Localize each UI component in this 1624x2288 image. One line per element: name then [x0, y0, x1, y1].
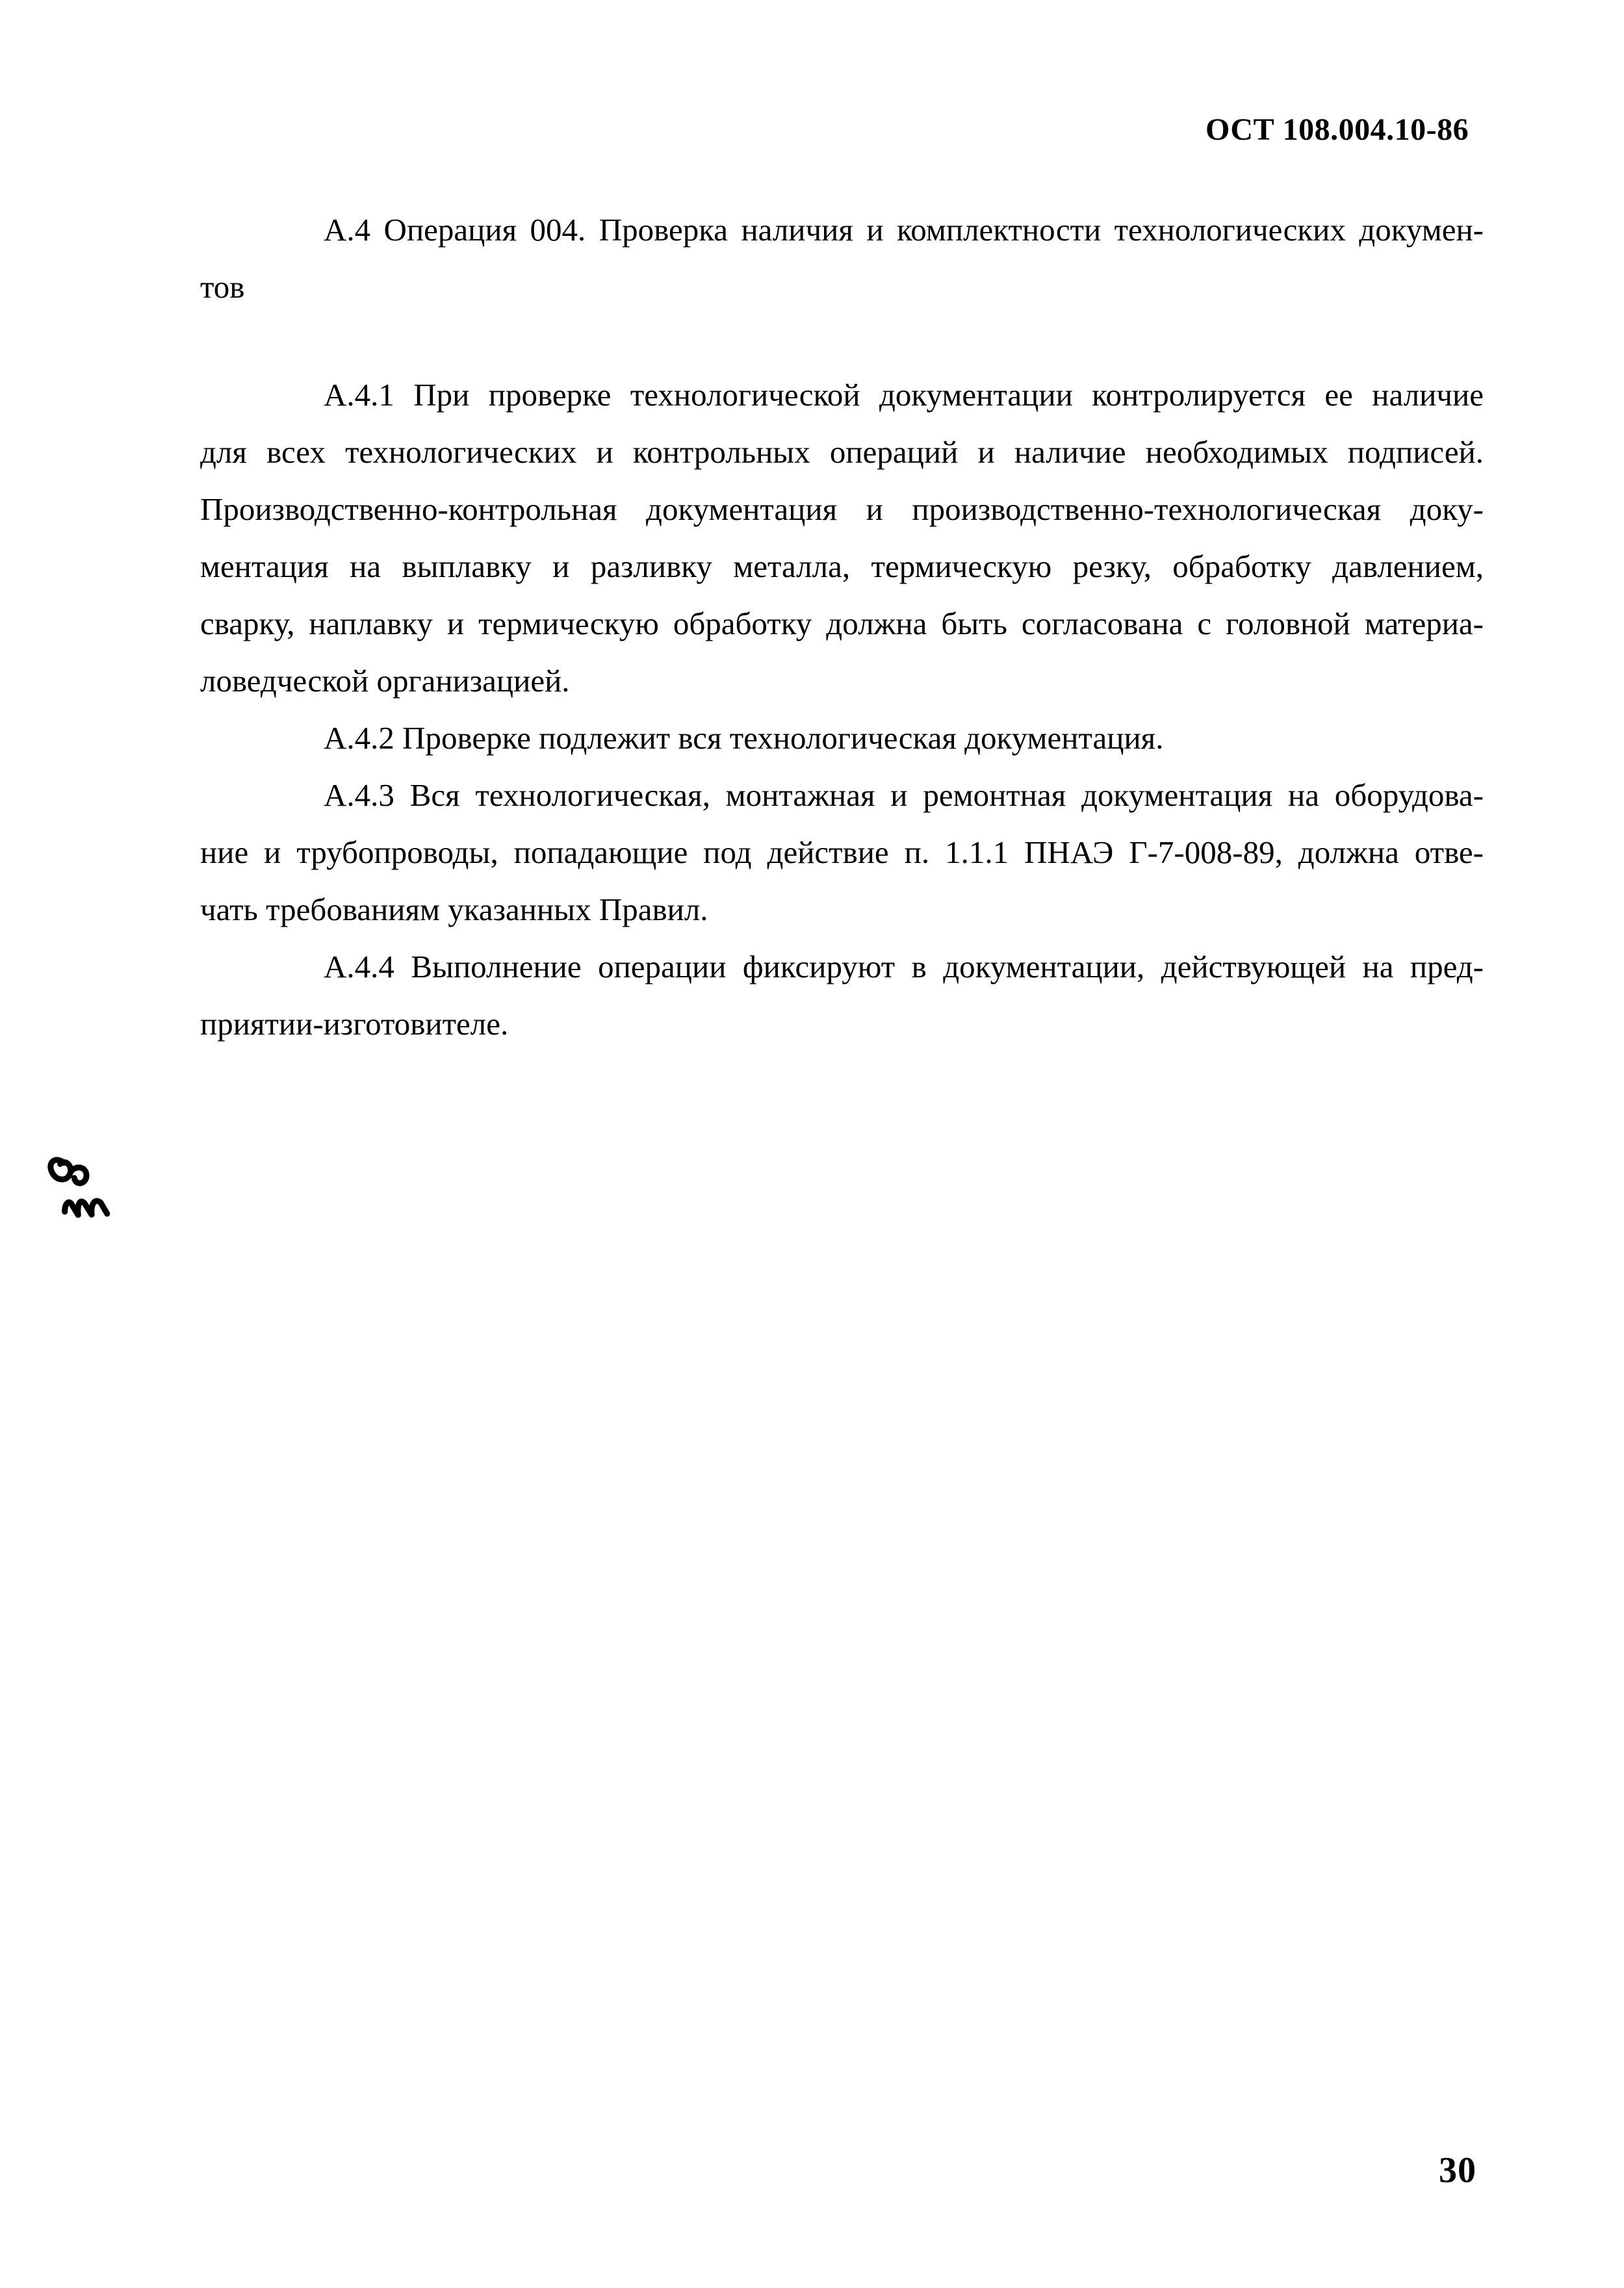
text-line: А.4.4 Выполнение операции фиксируют в до… — [200, 938, 1484, 996]
text-line: А.4.3 Вся технологическая, монтажная и р… — [200, 767, 1484, 824]
text-line: сварку, наплавку и термическую обработку… — [200, 595, 1484, 652]
document-page: ОСТ 108.004.10-86 А.4 Операция 004. Пров… — [0, 0, 1624, 2288]
paragraph-a41: А.4.1 При проверке технологической докум… — [200, 366, 1484, 710]
text-line: ловедческой организацией. — [200, 652, 1484, 710]
text-line: А.4.2 Проверке подлежит вся технологичес… — [200, 710, 1484, 767]
paragraph-a43: А.4.3 Вся технологическая, монтажная и р… — [200, 767, 1484, 938]
paragraph-a44: А.4.4 Выполнение операции фиксируют в до… — [200, 938, 1484, 1053]
text-line: Производственно-контрольная документация… — [200, 481, 1484, 538]
text-line: ментация на выплавку и разливку металла,… — [200, 538, 1484, 595]
document-number-header: ОСТ 108.004.10-86 — [1205, 112, 1485, 148]
page-number: 30 — [1439, 2150, 1476, 2191]
paragraph-a4: А.4 Операция 004. Проверка наличия и ком… — [200, 201, 1484, 316]
text-line: А.4 Операция 004. Проверка наличия и ком… — [200, 201, 1484, 259]
handwritten-mark — [38, 1136, 122, 1246]
text-line: приятии-изготовителе. — [200, 996, 1484, 1053]
text-line: чать требованиям указанных Правил. — [200, 881, 1484, 938]
text-line: ние и трубопроводы, попадающие под дейст… — [200, 824, 1484, 881]
document-body: А.4 Операция 004. Проверка наличия и ком… — [200, 201, 1484, 1053]
text-line: для всех технологических и контрольных о… — [200, 424, 1484, 481]
text-line: А.4.1 При проверке технологической докум… — [200, 366, 1484, 424]
text-line: тов — [200, 259, 1484, 316]
paragraph-a42: А.4.2 Проверке подлежит вся технологичес… — [200, 710, 1484, 767]
